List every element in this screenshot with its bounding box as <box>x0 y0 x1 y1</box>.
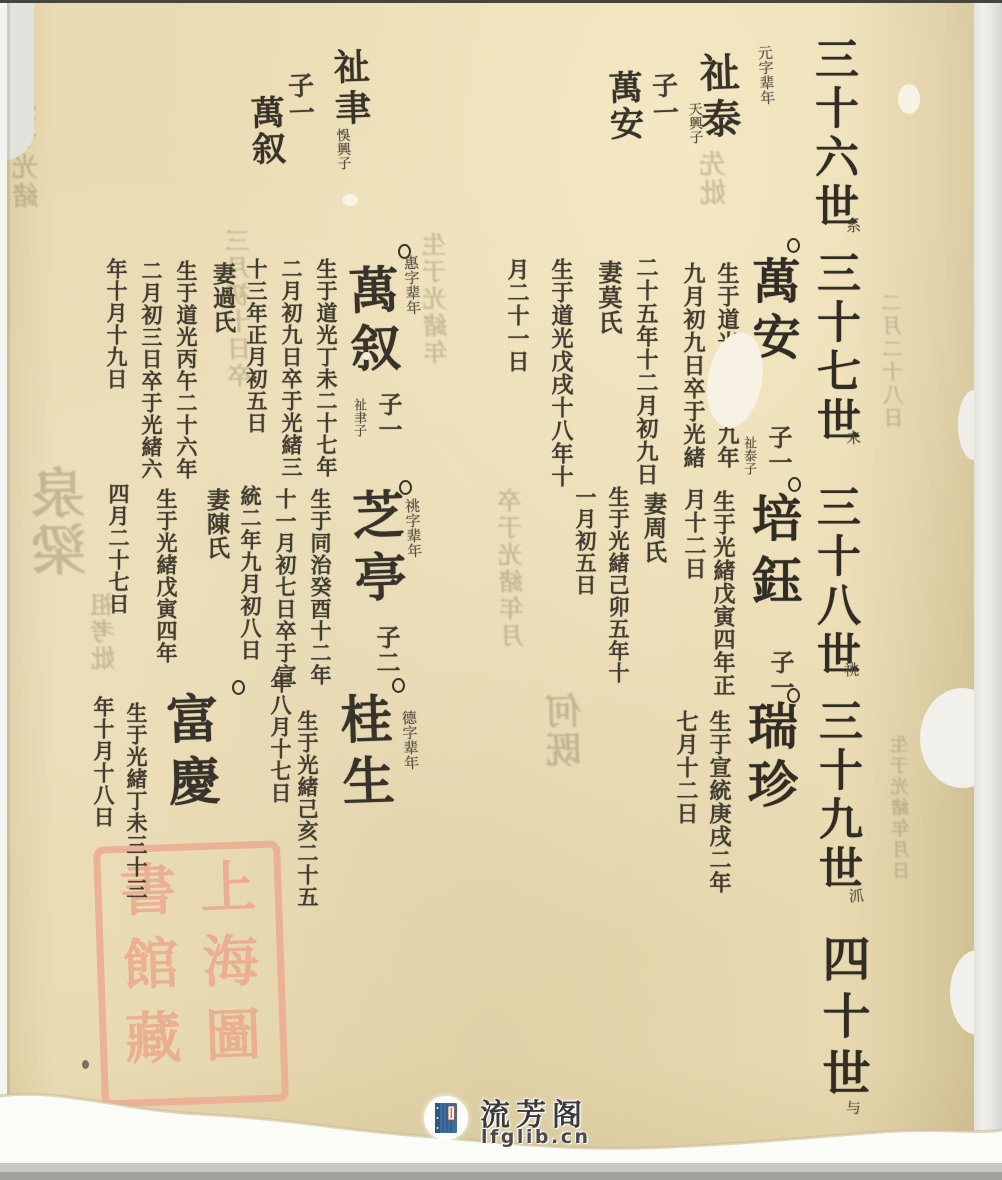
entry-sons-count: 子二 <box>374 625 398 675</box>
generation-36-note: 系 <box>845 218 861 234</box>
entry-name: 培鈺 <box>748 492 798 616</box>
watermark-badge <box>424 1096 468 1140</box>
entry-dates-column: 九月初九日卒于光緒 <box>682 262 704 469</box>
wife-dates-column: 生于道光丙午二十六年 <box>176 260 197 480</box>
wife-dates-column: 二月初三日卒于光緒六 <box>141 260 162 480</box>
scanner-strip <box>0 1163 1002 1172</box>
wife-dates-column: 月二十一日 <box>506 258 528 373</box>
entry-dates-column: 生于宣統庚戌二年 <box>708 710 730 894</box>
page-edge-shadow-left <box>7 0 10 1180</box>
wife-dates-column: 一月初五日 <box>575 486 596 596</box>
paper-speck <box>362 352 371 360</box>
scan-edge-left <box>0 0 7 1180</box>
wife-dates-column: 年十月十九日 <box>106 258 127 390</box>
entry-annotation: 祧字辈年 <box>403 498 421 559</box>
entry-father-note: 悞興子 <box>335 128 350 170</box>
entry-wife: 妻過氏 <box>211 262 234 334</box>
book-icon <box>424 1096 468 1140</box>
wife-dates-column: 生于光緒戊寅四年 <box>156 488 177 664</box>
entry-dates-column: 二十五年十二月初九日 <box>635 256 657 486</box>
generation-37-note: 未 <box>845 430 861 446</box>
generation-39-header: 三十九世 <box>814 698 858 894</box>
entry-father-note: 祉聿子 <box>352 398 365 437</box>
entry-wife: 妻周氏 <box>642 492 665 564</box>
site-watermark: 流芳阁 lfglib.cn <box>424 1088 614 1158</box>
watermark-site-url: lfglib.cn <box>481 1126 591 1148</box>
circle-mark <box>392 678 405 693</box>
entry-sons-count: 子一 <box>649 72 677 127</box>
scan-edge-top <box>0 0 1002 3</box>
entry-name: 瑞珍 <box>744 700 794 816</box>
entry-dates-column: 年十月十八日 <box>93 696 114 828</box>
entry-name: 萬叙 <box>344 263 398 381</box>
bleedthrough-text: 卒于光緒年月 <box>499 488 527 650</box>
entry-dates-column: 生于同治癸酉十二年 <box>310 488 331 686</box>
circle-mark <box>787 238 800 253</box>
paper-damage-spot <box>342 194 358 206</box>
entry-father-note: 天興子 <box>687 102 702 144</box>
wife-dates-column: 生于道光戊戌十八年十 <box>550 258 572 488</box>
entry-dates-column: 十三年正月初五日 <box>246 258 267 434</box>
entry-dates-column: 十一月初七日卒于宣 <box>275 488 296 686</box>
entry-dates-column: 統二年九月初八日 <box>240 485 261 661</box>
entry-son-name: 萬叙 <box>247 94 283 167</box>
entry-dates-column: 年八月十七日 <box>270 672 291 804</box>
scan-edge-right <box>974 0 1002 1180</box>
bleedthrough-text: 生于光緒年月日 <box>892 735 913 882</box>
bleedthrough-text: 先妣 <box>701 150 729 208</box>
generation-39-note: 沠 <box>848 888 864 904</box>
entry-sons-count: 子一 <box>285 72 313 127</box>
scanner-strip-dark <box>0 1172 1002 1180</box>
entry-annotation: 德字辈年 <box>400 710 418 771</box>
entry-dates-column: 生于光緒丁未三十三 <box>126 702 147 900</box>
bleedthrough-text: 何既 <box>547 692 586 771</box>
entry-name: 芝亭 <box>346 487 402 613</box>
scanned-genealogy-page: 泉梁 祖考妣 生于光緒 三月初十日卒 生于光緒年 卒于光緒年月 何既 二月二十八… <box>0 0 1002 1180</box>
seal-text-right-column: 上海圖 <box>195 857 259 1081</box>
entry-sons-count: 子一 <box>766 425 790 475</box>
entry-dates-column: 生于光緒己亥二十五 <box>297 710 318 908</box>
generation-37-header: 三十七世 <box>812 250 856 446</box>
ink-speck <box>82 1060 89 1069</box>
entry-dates-column: 七月十二日 <box>675 710 697 825</box>
bleedthrough-text: 二月二十八日 <box>883 292 906 430</box>
circle-mark <box>232 680 245 695</box>
entry-name: 桂生 <box>334 691 390 817</box>
paper-damage-spot <box>898 84 920 114</box>
entry-dates-column: 月十二日 <box>683 488 705 580</box>
bleedthrough-text: 泉梁 <box>33 465 92 580</box>
generation-36-header: 三十六世 <box>810 36 854 232</box>
entry-wife: 妻陳氏 <box>205 488 228 560</box>
entry-annotation: 元字辈年 <box>756 45 774 106</box>
entry-wife: 妻莫氏 <box>596 260 620 335</box>
wife-dates-column: 四月二十七日 <box>108 483 129 615</box>
entry-name: 富慶 <box>160 691 216 817</box>
entry-father-note: 祉泰子 <box>742 436 755 475</box>
library-collection-seal: 上海圖 書館藏 <box>92 840 289 1108</box>
entry-dates-column: 生于光緒戊寅四年正 <box>712 490 734 697</box>
circle-mark <box>788 477 801 492</box>
entry-sons-count: 子一 <box>376 392 400 442</box>
wife-dates-column: 生于光緒己卯五年十 <box>608 486 629 684</box>
entry-annotation: 惠字辈年 <box>402 255 420 316</box>
entry-son-name: 萬安 <box>605 69 641 142</box>
bleedthrough-text: 生于光緒年 <box>423 232 451 367</box>
generation-38-header: 三十八世 <box>812 484 856 680</box>
entry-dates-column: 二月初九日卒于光緒三 <box>281 258 302 478</box>
entry-dates-column: 生于道光丁未二十七年 <box>316 258 337 478</box>
generation-38-note: 祧 <box>843 662 859 678</box>
entry-name: 祉聿 <box>331 47 370 130</box>
